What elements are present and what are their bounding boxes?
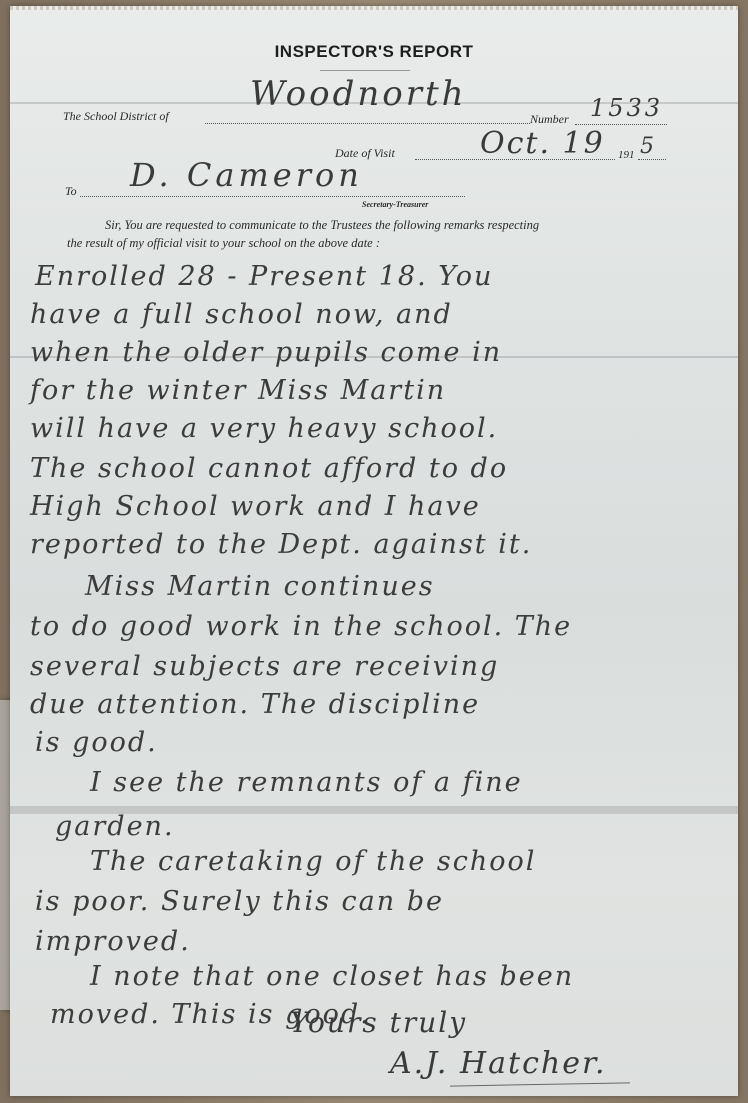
remark-line: The school cannot afford to do: [30, 453, 508, 484]
year-suffix: 5: [640, 134, 654, 159]
number-value: 1533: [590, 94, 663, 122]
year-prefix: 191: [618, 149, 635, 161]
remark-line: due attention. The discipline: [30, 689, 480, 720]
date-value: Oct. 19: [480, 126, 605, 161]
to-value: D. Cameron: [130, 156, 363, 194]
remark-line: to do good work in the school. The: [30, 611, 572, 642]
page-title: INSPECTOR'S REPORT: [10, 42, 738, 62]
remark-line: will have a very heavy school.: [30, 413, 498, 444]
closing-salutation: Yours truly: [290, 1006, 467, 1039]
school-district-value: Woodnorth: [250, 74, 467, 114]
to-label: To: [65, 184, 77, 199]
number-line: [575, 124, 667, 125]
school-district-label: The School District of: [63, 109, 169, 124]
remark-line: have a full school now, and: [30, 299, 453, 330]
remark-line: is good.: [35, 727, 158, 758]
remark-line: Enrolled 28 - Present 18. You: [35, 261, 493, 292]
signature: A.J. Hatcher.: [390, 1046, 607, 1081]
remark-line: The caretaking of the school: [90, 846, 536, 877]
remark-line: High School work and I have: [30, 491, 481, 522]
remark-line: I note that one closet has been: [90, 961, 574, 992]
remark-line: is poor. Surely this can be: [35, 886, 444, 917]
remark-line: several subjects are receiving: [30, 651, 499, 682]
to-line: [80, 196, 465, 197]
remark-line: I see the remnants of a fine: [90, 767, 523, 798]
remark-line: improved.: [35, 926, 191, 957]
intro-line-1: Sir, You are requested to communicate to…: [67, 216, 677, 234]
number-label: Number: [530, 112, 569, 127]
remark-line: for the winter Miss Martin: [30, 375, 446, 406]
signature-underline: [450, 1082, 630, 1086]
year-line: [638, 159, 666, 160]
intro-paragraph: Sir, You are requested to communicate to…: [67, 216, 677, 252]
remark-line: Miss Martin continues: [85, 571, 435, 602]
to-sublabel: Secretary-Treasurer: [362, 200, 428, 209]
title-rule: [320, 70, 410, 71]
school-district-line: [205, 123, 530, 124]
intro-line-2: the result of my official visit to your …: [67, 234, 677, 252]
inspector-report-page: INSPECTOR'S REPORT The School District o…: [10, 6, 738, 1096]
remark-line: reported to the Dept. against it.: [30, 529, 532, 560]
remark-line: when the older pupils come in: [30, 337, 502, 368]
remark-line: garden.: [55, 811, 175, 842]
